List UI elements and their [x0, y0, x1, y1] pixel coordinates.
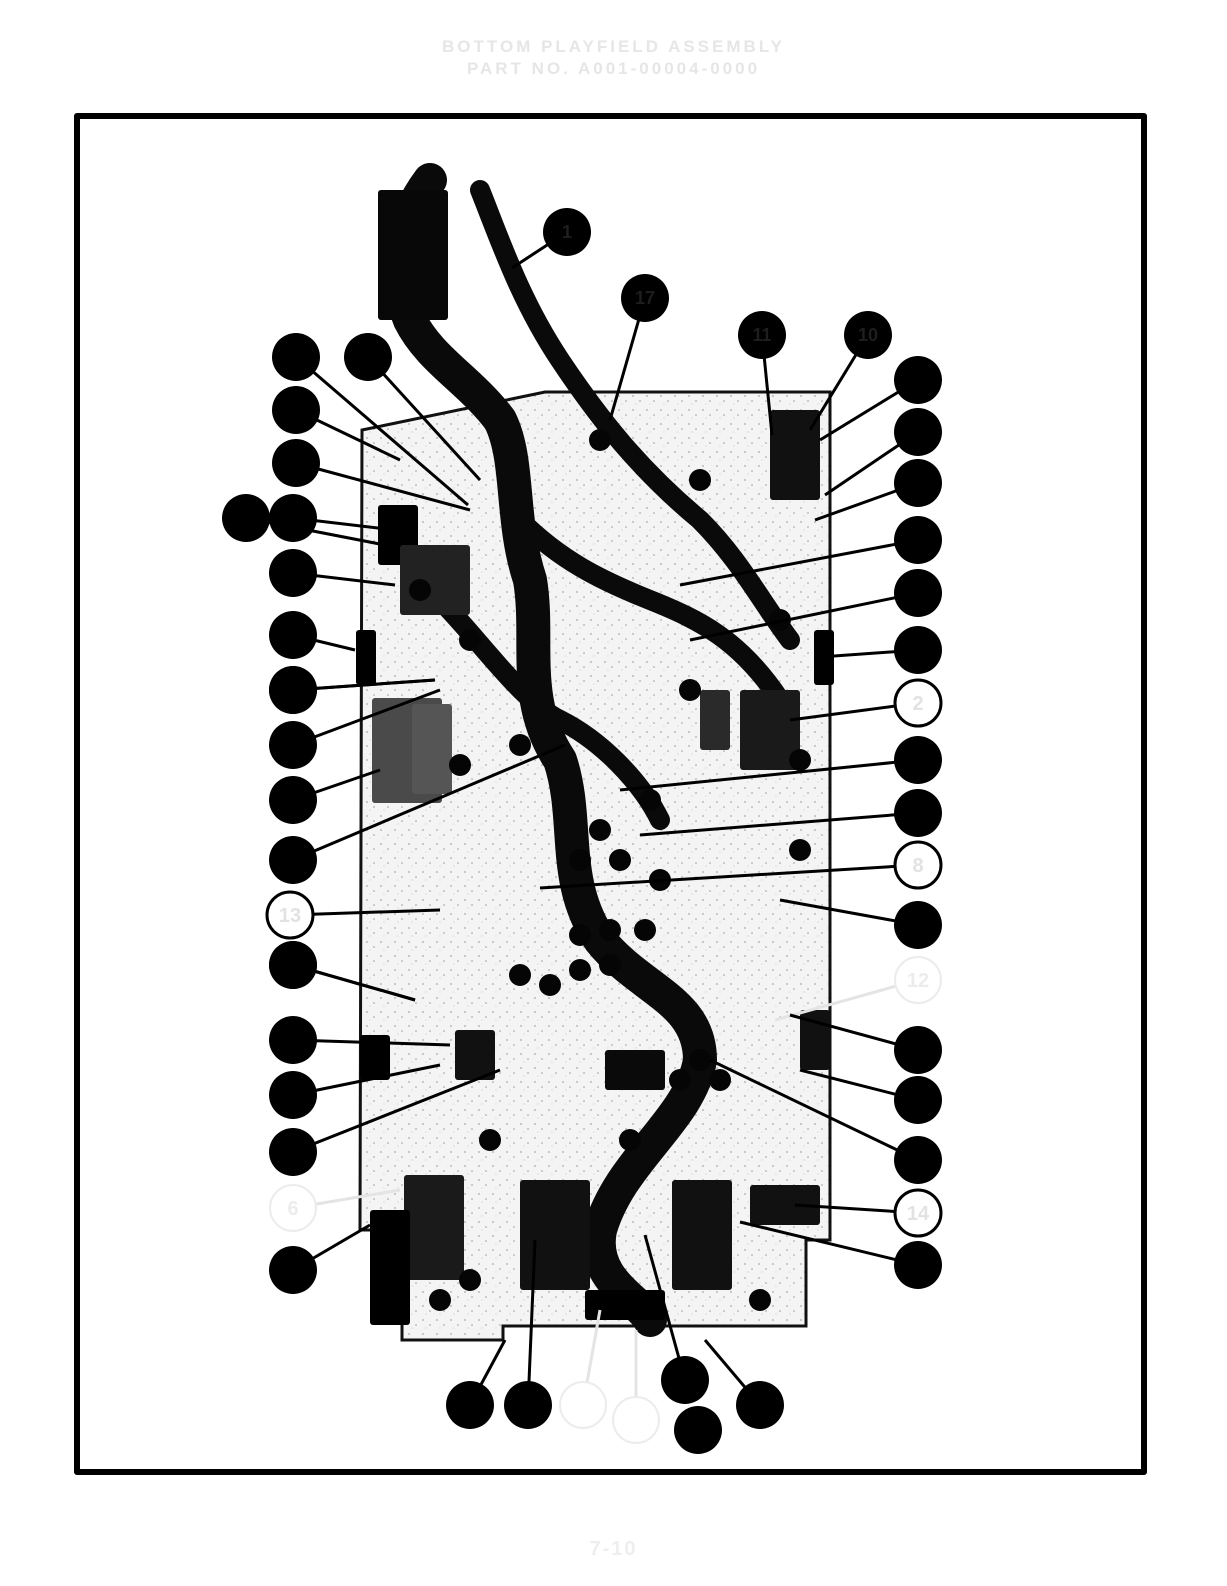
callout-c-r14	[894, 1076, 942, 1124]
callout-c-r2	[894, 408, 942, 456]
callout-2: 2	[895, 680, 941, 726]
post	[569, 959, 591, 981]
callout-c-l7	[269, 549, 317, 597]
svg-text:11: 11	[752, 325, 771, 345]
svg-text:10: 10	[858, 325, 878, 345]
callout-c-l18	[269, 1071, 317, 1119]
component	[378, 190, 448, 320]
callout-c-r4	[894, 516, 942, 564]
callout-c-b7	[736, 1381, 784, 1429]
callout-c-r13	[894, 1026, 942, 1074]
callout-c-l12	[269, 776, 317, 824]
page-title: BOTTOM PLAYFIELD ASSEMBLY	[0, 36, 1227, 57]
component	[400, 545, 470, 615]
post	[689, 1049, 711, 1071]
callout-c-l19	[269, 1128, 317, 1176]
post	[749, 1289, 771, 1311]
post	[479, 1129, 501, 1151]
component	[520, 1180, 590, 1290]
post	[669, 1069, 691, 1091]
callout-17: 17	[621, 274, 669, 322]
post	[789, 839, 811, 861]
playfield-assembly-photo: 1171110281214136	[80, 119, 1141, 1469]
post	[459, 1269, 481, 1291]
callout-14: 14	[895, 1190, 941, 1236]
callout-c-l10	[269, 666, 317, 714]
post	[709, 1069, 731, 1091]
post	[509, 964, 531, 986]
callout-c-b2	[504, 1381, 552, 1429]
component	[672, 1180, 732, 1290]
post	[589, 819, 611, 841]
post	[429, 1289, 451, 1311]
post	[539, 974, 561, 996]
callout-c-l2	[344, 333, 392, 381]
post	[409, 579, 431, 601]
callout-8: 8	[895, 842, 941, 888]
callout-c-r17	[894, 1241, 942, 1289]
callout-11: 11	[738, 311, 786, 359]
callout-12: 12	[895, 957, 941, 1003]
callout-c-l6	[269, 494, 317, 542]
component	[605, 1050, 665, 1090]
page-number: 7-10	[0, 1538, 1227, 1561]
callout-1: 1	[543, 208, 591, 256]
post	[509, 734, 531, 756]
callout-c-r6	[894, 626, 942, 674]
post	[589, 429, 611, 451]
post	[639, 789, 661, 811]
post	[599, 954, 621, 976]
callout-c-r1	[894, 356, 942, 404]
callout-c-l17	[269, 1016, 317, 1064]
callout-c-l11	[269, 721, 317, 769]
callout-c-l13	[269, 836, 317, 884]
component	[700, 690, 730, 750]
post	[679, 679, 701, 701]
post	[789, 749, 811, 771]
callout-c-l16	[269, 941, 317, 989]
callout-c-l5	[222, 494, 270, 542]
callout-c-r3	[894, 459, 942, 507]
callout-c-r5	[894, 569, 942, 617]
component	[412, 704, 452, 794]
post	[689, 469, 711, 491]
callout-c-r9	[894, 789, 942, 837]
callout-c-l3	[272, 386, 320, 434]
callout-13: 13	[267, 892, 313, 938]
component	[455, 1030, 495, 1080]
part-number: PART NO. A001-00004-0000	[0, 58, 1227, 79]
callout-c-r8	[894, 736, 942, 784]
svg-text:1: 1	[562, 222, 572, 242]
post	[599, 919, 621, 941]
callout-c-b6	[674, 1406, 722, 1454]
post	[459, 629, 481, 651]
post	[634, 919, 656, 941]
callout-c-b1	[446, 1381, 494, 1429]
svg-text:12: 12	[907, 970, 929, 992]
post	[609, 849, 631, 871]
callout-c-l21	[269, 1246, 317, 1294]
callout-10: 10	[844, 311, 892, 359]
callout-c-r15	[894, 1136, 942, 1184]
callout-c-b3	[560, 1382, 606, 1428]
svg-text:14: 14	[907, 1203, 930, 1225]
component	[585, 1290, 665, 1320]
callout-6: 6	[270, 1185, 316, 1231]
svg-text:2: 2	[912, 693, 923, 715]
component	[404, 1175, 464, 1280]
svg-text:8: 8	[912, 855, 923, 877]
callout-c-b4	[613, 1397, 659, 1443]
svg-text:17: 17	[635, 288, 655, 308]
component	[370, 1210, 410, 1325]
callout-c-l8	[269, 611, 317, 659]
post	[449, 754, 471, 776]
post	[619, 1129, 641, 1151]
post	[569, 924, 591, 946]
svg-text:13: 13	[279, 905, 301, 927]
svg-text:6: 6	[287, 1198, 298, 1220]
post	[569, 849, 591, 871]
component	[356, 630, 376, 685]
callout-c-l1	[272, 333, 320, 381]
callout-c-b5	[661, 1356, 709, 1404]
callout-c-r11	[894, 901, 942, 949]
callout-c-l4	[272, 439, 320, 487]
